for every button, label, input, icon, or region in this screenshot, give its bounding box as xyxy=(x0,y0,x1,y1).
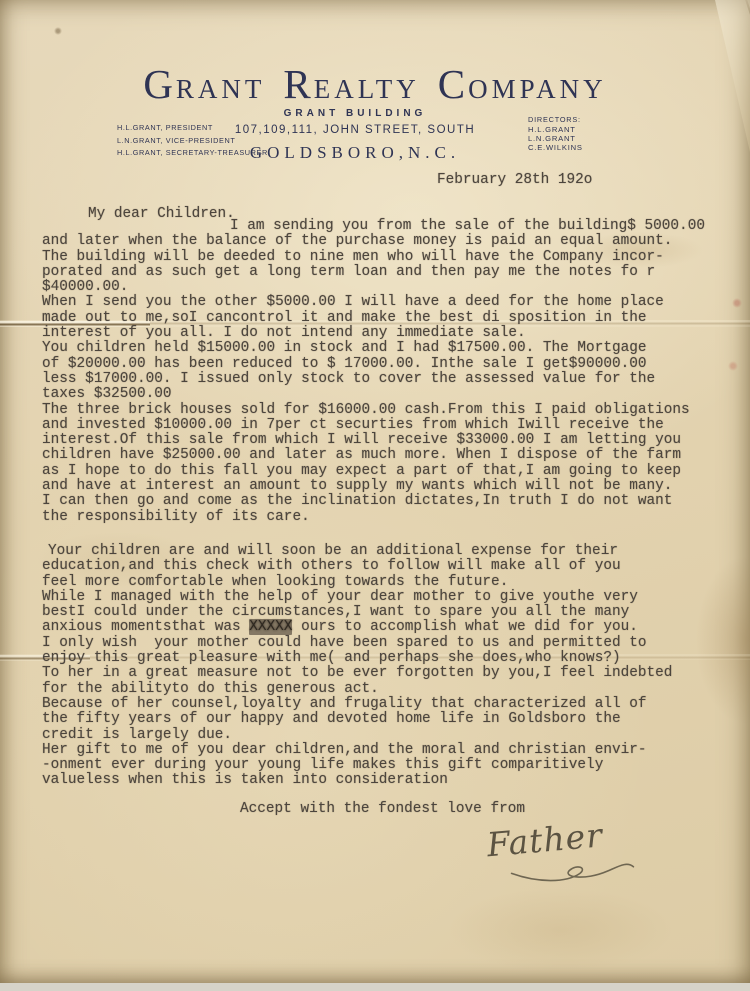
letter-body: I am sending you from the sale of the bu… xyxy=(42,219,732,817)
letter-line: made out to me,soI cancontrol it and mak… xyxy=(42,311,732,326)
directors-list: H.L.GRANTL.N.GRANTC.E.WILKINS xyxy=(528,125,648,153)
city-state: GOLDSBORO,N.C. xyxy=(200,143,510,163)
letter-line: I can then go and come as the inclinatio… xyxy=(42,494,732,509)
letter-line: While I managed with the help of your de… xyxy=(42,590,732,605)
letter-line: Your children are and will soon be an ad… xyxy=(48,544,732,559)
directors-label: DIRECTORS: xyxy=(528,115,648,125)
letter-line: taxes $32500.00 xyxy=(42,387,732,402)
company-name-word: REALTY xyxy=(283,85,419,102)
street-address: 107,109,111, JOHN STREET, SOUTH xyxy=(200,124,510,136)
company-name-word: COMPANY xyxy=(438,85,607,102)
company-name-word: GRANT xyxy=(143,85,265,102)
letter-line: porated and as such get a long term loan… xyxy=(42,265,732,280)
letter-line: You children held $15000.00 in stock and… xyxy=(42,341,732,356)
letter-line: I am sending you from the sale of the bu… xyxy=(230,219,732,234)
letter-scan: GRANTREALTYCOMPANY H.L.GRANT, PRESIDENTL… xyxy=(0,0,750,991)
letter-line: To her in a great measure not to be ever… xyxy=(42,666,732,681)
letter-line: The three brick houses sold for $16000.0… xyxy=(42,403,732,418)
signature-block: Father xyxy=(485,811,660,896)
letter-line: children have $25000.00 and later as muc… xyxy=(42,448,732,463)
director-line: L.N.GRANT xyxy=(528,134,648,143)
letter-line: I only wish your mother could have been … xyxy=(42,636,732,651)
letter-line: of $20000.00 has been reduced to $ 17000… xyxy=(42,357,732,372)
letter-line: for the abilityto do this generous act. xyxy=(42,682,732,697)
letter-line: Her gift to me of you dear children,and … xyxy=(42,743,732,758)
company-name: GRANTREALTYCOMPANY xyxy=(0,60,750,108)
letter-line: education,and this check with others to … xyxy=(42,559,732,574)
letter-line: credit is largely due. xyxy=(42,728,732,743)
letter-line: the responsibility of its care. xyxy=(42,510,732,525)
building-name: GRANT BUILDING xyxy=(200,108,510,119)
letter-date: February 28th 192o xyxy=(437,172,592,188)
letter-line: less $17000.00. I issued only stock to c… xyxy=(42,372,732,387)
letter-line: anxious momentsthat was XXXXX ours to ac… xyxy=(42,620,732,635)
letter-line: as I hope to do this fall you may expect… xyxy=(42,464,732,479)
overstruck-word: XXXXX xyxy=(249,619,292,635)
letter-line: When I send you the other $5000.00 I wil… xyxy=(42,295,732,310)
letterhead-center-block: GRANT BUILDING 107,109,111, JOHN STREET,… xyxy=(200,108,510,163)
director-line: C.E.WILKINS xyxy=(528,143,648,152)
directors-block: DIRECTORS: H.L.GRANTL.N.GRANTC.E.WILKINS xyxy=(528,115,648,153)
letter-line: valueless when this is taken into consid… xyxy=(42,773,732,788)
letter-line: the fifty years of our happy and devoted… xyxy=(42,712,732,727)
scanner-background xyxy=(0,983,750,991)
letter-line: and invested $10000.00 in 7per ct securt… xyxy=(42,418,732,433)
director-line: H.L.GRANT xyxy=(528,125,648,134)
letter-line: The building will be deeded to nine men … xyxy=(42,250,732,265)
letter-line: and later when the balance of the purcha… xyxy=(42,234,732,249)
closing-line: Accept with the fondest love from xyxy=(240,802,732,817)
letter-line: feel more comfortable when looking towar… xyxy=(42,575,732,590)
letter-line: Because of her counsel,loyalty and fruga… xyxy=(42,697,732,712)
